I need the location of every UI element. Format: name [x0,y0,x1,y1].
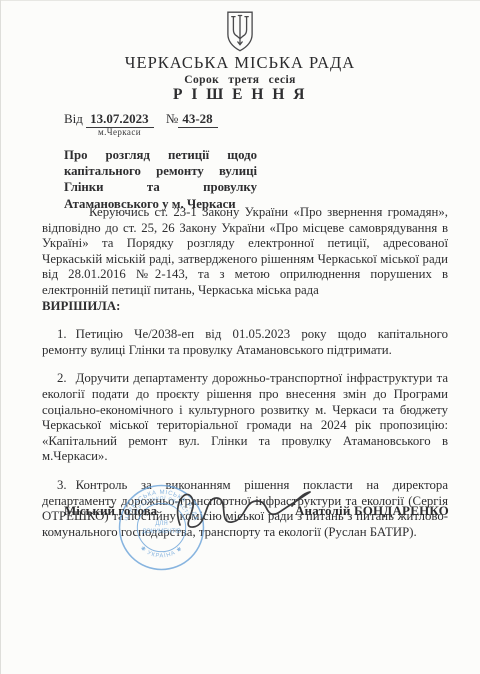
item-number: 3. [57,478,67,492]
item-text: Петицію Че/2038-еп від 01.05.2023 року щ… [42,327,448,357]
scanned-decision-document: ЧЕРКАСЬКА МІСЬКА РАДА Сорок третя сесія … [0,0,480,674]
document-number: 43-28 [178,111,217,128]
session-title: Сорок третя сесія [0,74,480,86]
stamp-center-line1: ДЛЯ [155,521,167,527]
document-subject: Про розгляд петиції щодо капітального ре… [64,147,257,212]
item-text: Доручити департаменту дорожньо-транспорт… [42,371,448,463]
document-type-heading: Р І Ш Е Н Н Я [0,86,480,104]
item-number: 2. [57,371,67,385]
city-label: м.Черкаси [98,127,141,137]
ukraine-coat-of-arms-icon [223,10,257,54]
date-label: Від [64,111,83,126]
resolution-item-1: 1.Петицію Че/2038-еп від 01.05.2023 року… [42,327,448,358]
preamble-paragraph: Керуючись ст. 23-1 Закону України «Про з… [42,205,448,299]
signer-position: Міський голова [64,503,157,519]
resolved-label: ВИРІШИЛА: [42,299,448,315]
document-date: 13.07.2023 [86,111,154,128]
organization-name: ЧЕРКАСЬКА МІСЬКА РАДА [0,53,480,73]
number-sign: № [166,111,178,126]
signature-scribble [168,481,316,537]
signer-name: Анатолій БОНДАРЕНКО [295,503,449,519]
resolution-item-2: 2.Доручити департаменту дорожньо-транспо… [42,371,448,465]
item-number: 1. [57,327,67,341]
date-number-row: Від 13.07.2023 №43-28 [64,111,218,127]
